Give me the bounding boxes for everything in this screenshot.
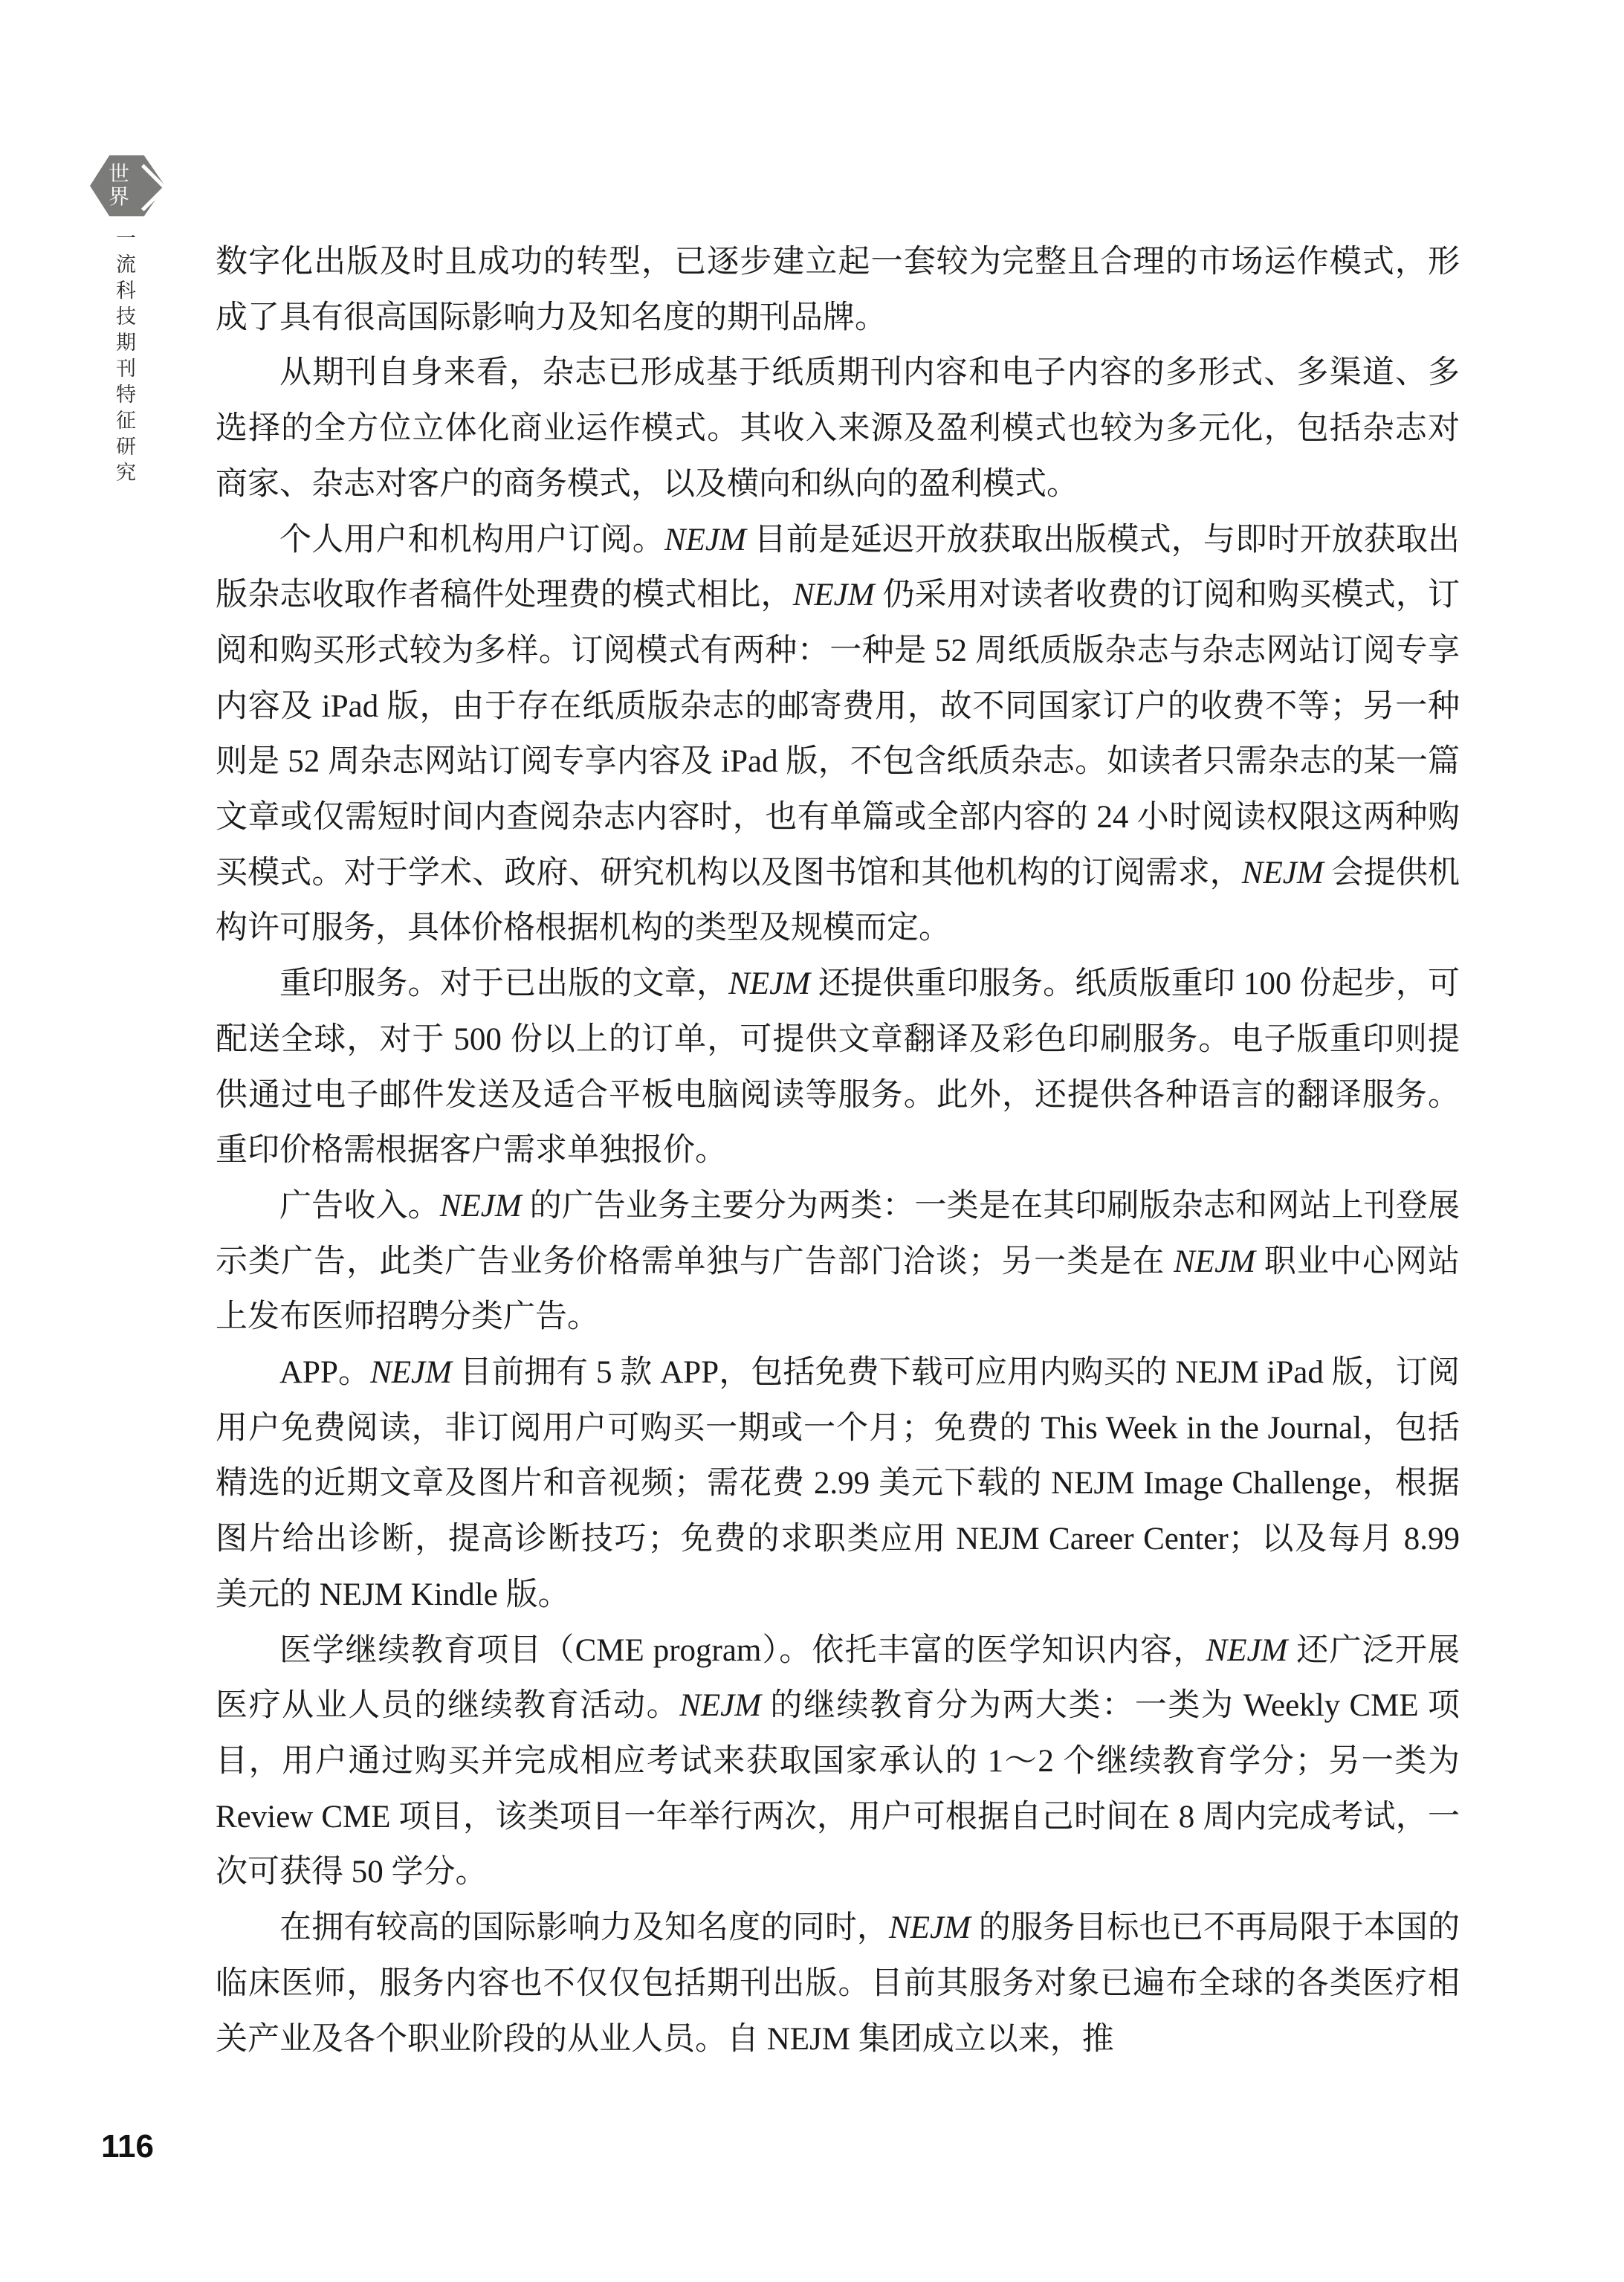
paragraph: 在拥有较高的国际影响力及知名度的同时，NEJM 的服务目标也已不再局限于本国的临… bbox=[216, 1901, 1460, 2067]
paragraph: 医学继续教育项目（CME program）。依托丰富的医学知识内容，NEJM 还… bbox=[216, 1623, 1460, 1901]
badge-label: 世 界 bbox=[96, 155, 142, 216]
text-run: 在拥有较高的国际影响力及知名度的同时， bbox=[279, 1910, 889, 1945]
text-run: 医学继续教育项目（CME program）。依托丰富的医学知识内容， bbox=[279, 1633, 1206, 1668]
series-title-vertical: 一流科技期刊特征研究 bbox=[110, 227, 139, 488]
text-run: 数字化出版及时且成功的转型，已逐步建立起一套较为完整且合理的市场运作模式，形成了… bbox=[216, 245, 1460, 335]
journal-name-italic: NEJM bbox=[440, 1189, 522, 1224]
paragraph: 数字化出版及时且成功的转型，已逐步建立起一套较为完整且合理的市场运作模式，形成了… bbox=[216, 235, 1460, 346]
journal-name-italic: NEJM bbox=[1174, 1244, 1255, 1279]
journal-name-italic: NEJM bbox=[370, 1355, 452, 1390]
page-number: 116 bbox=[101, 2128, 154, 2165]
text-run: 重印服务。对于已出版的文章， bbox=[279, 966, 728, 1001]
journal-name-italic: NEJM bbox=[679, 1688, 761, 1723]
paragraph: 从期刊自身来看，杂志已形成基于纸质期刊内容和电子内容的多形式、多渠道、多选择的全… bbox=[216, 346, 1460, 512]
text-run: 广告收入。 bbox=[279, 1189, 440, 1224]
journal-name-italic: NEJM bbox=[1242, 856, 1324, 891]
edition-badge: 世 界 bbox=[90, 155, 165, 216]
paragraph: 重印服务。对于已出版的文章，NEJM 还提供重印服务。纸质版重印 100 份起步… bbox=[216, 957, 1460, 1179]
journal-name-italic: NEJM bbox=[728, 966, 810, 1001]
text-run: 目前拥有 5 款 APP，包括免费下载可应用内购买的 NEJM iPad 版，订… bbox=[216, 1355, 1460, 1612]
text-run: 个人用户和机构用户订阅。 bbox=[279, 523, 664, 557]
journal-name-italic: NEJM bbox=[793, 578, 875, 612]
body-text: 数字化出版及时且成功的转型，已逐步建立起一套较为完整且合理的市场运作模式，形成了… bbox=[216, 235, 1460, 2067]
badge-char: 界 bbox=[109, 187, 129, 208]
journal-name-italic: NEJM bbox=[889, 1910, 971, 1945]
journal-name-italic: NEJM bbox=[664, 523, 746, 557]
badge-char: 世 bbox=[109, 164, 129, 185]
journal-name-italic: NEJM bbox=[1206, 1633, 1288, 1668]
paragraph: 个人用户和机构用户订阅。NEJM 目前是延迟开放获取出版模式，与即时开放获取出版… bbox=[216, 513, 1460, 957]
paragraph: 广告收入。NEJM 的广告业务主要分为两类：一类是在其印刷版杂志和网站上刊登展示… bbox=[216, 1179, 1460, 1345]
text-run: APP。 bbox=[279, 1355, 370, 1390]
paragraph: APP。NEJM 目前拥有 5 款 APP，包括免费下载可应用内购买的 NEJM… bbox=[216, 1345, 1460, 1623]
text-run: 从期刊自身来看，杂志已形成基于纸质期刊内容和电子内容的多形式、多渠道、多选择的全… bbox=[216, 355, 1460, 501]
text-run: 仍采用对读者收费的订阅和购买模式，订阅和购买形式较为多样。订阅模式有两种：一种是… bbox=[216, 578, 1460, 891]
